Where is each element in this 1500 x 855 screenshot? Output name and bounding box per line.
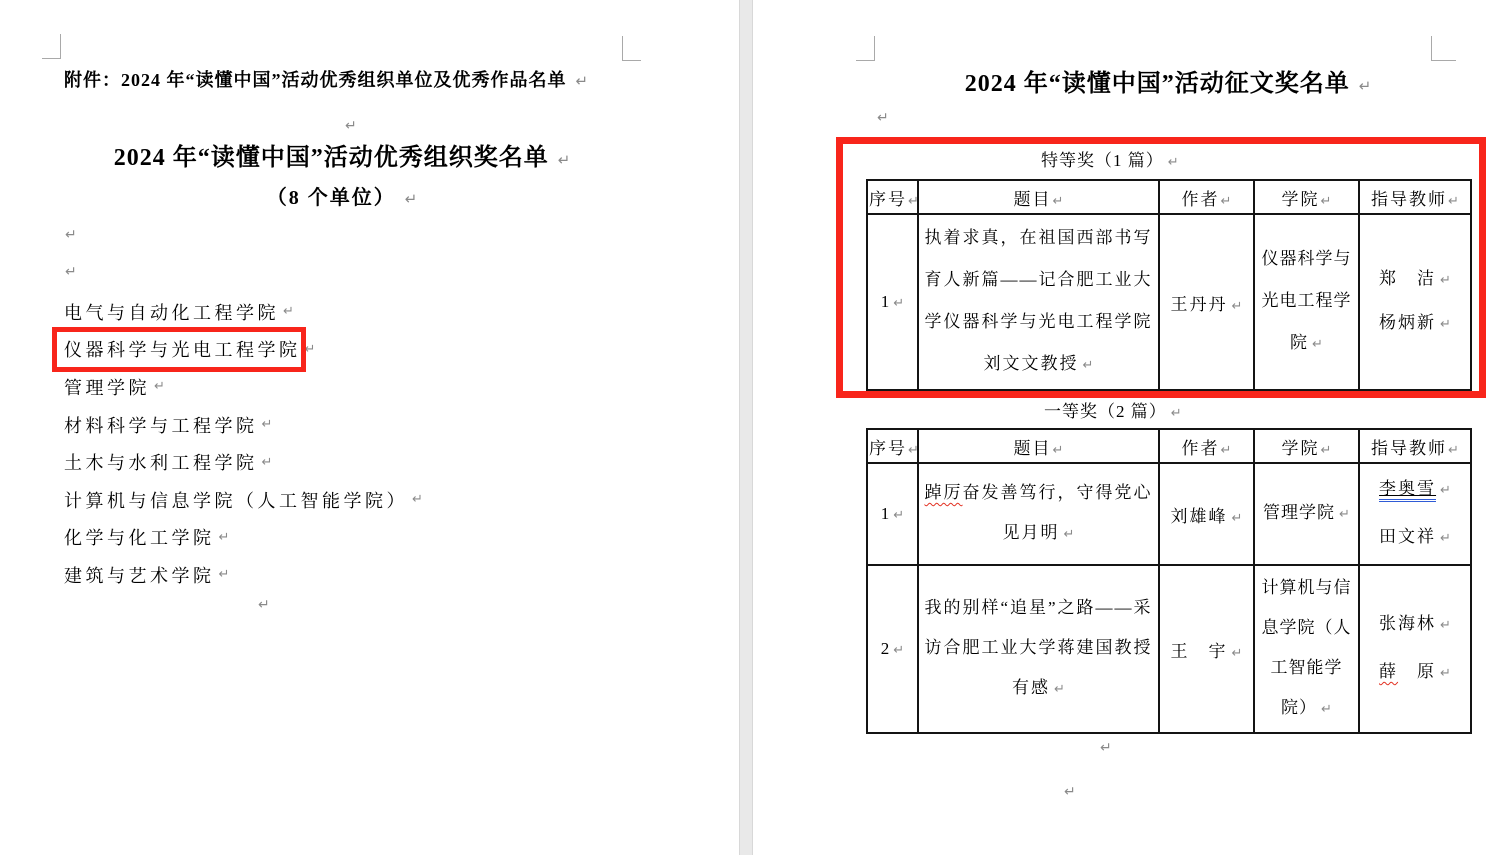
unit-item: 材料科学与工程学院↵ [64,406,704,444]
cell-serial: 1↵ [867,214,918,390]
text-run: 学院 [1282,190,1320,209]
cell-serial: 1↵ [867,463,918,565]
paragraph-mark: ↵ [1171,406,1182,421]
cell-advisors: 郑 洁↵杨炳新↵ [1359,214,1471,390]
advisor-name: 田文祥↵ [1364,514,1466,562]
paragraph-mark: ↵ [258,597,270,613]
paragraph-mark: ↵ [1321,443,1332,458]
paragraph-mark: ↵ [1339,507,1350,522]
unit-item: 计算机与信息学院（人工智能学院）↵ [64,481,704,519]
paragraph-mark: ↵ [1448,194,1459,209]
text-run: 王丹丹 [1171,295,1228,314]
unit-item: 电气与自动化工程学院↵ [64,293,704,331]
paragraph-mark: ↵ [1053,194,1064,209]
column-header: 序号↵ [867,429,918,463]
paragraph-mark: ↵ [1221,443,1232,458]
paragraph-mark: ↵ [262,455,273,470]
paragraph-mark: ↵ [1359,77,1372,95]
paragraph-mark: ↵ [1168,155,1179,170]
cell-author: 王丹丹↵ [1159,214,1254,390]
text-run: 1 [881,504,890,523]
left-page-subtitle: （8 个单位）↵ [59,181,625,210]
cell-essay-title: 执着求真，在祖国西部书写育人新篇——记合肥工业大学仪器科学与光电工程学院刘文文教… [918,214,1159,390]
text-run: 序号 [869,190,907,209]
paragraph-mark: ↵ [65,227,77,243]
unit-item: 管理学院↵ [64,368,704,406]
text-run: 计算机与信息学院（人工智能学院） [1262,578,1352,717]
text-run: 题目 [1014,439,1052,458]
paragraph-mark: ↵ [1083,358,1094,373]
paragraph-mark: ↵ [1232,299,1243,314]
paragraph-mark: ↵ [908,194,919,209]
paragraph-mark: ↵ [283,304,294,319]
paragraph-mark: ↵ [1053,443,1064,458]
unit-item: 建筑与艺术学院↵ [64,556,704,594]
text-run: 郑 洁 [1379,269,1436,288]
text-run: 作者 [1182,190,1220,209]
text-run: 刘雄峰 [1171,507,1228,526]
organization-unit-list: 电气与自动化工程学院↵仪器科学与光电工程学院↵管理学院↵材料科学与工程学院↵土木… [64,293,704,594]
left-page-title: 2024 年“读懂中国”活动优秀组织奖名单↵ [59,137,625,172]
advisor-name: 郑 洁↵ [1364,258,1466,302]
column-header: 题目↵ [918,429,1159,463]
column-header: 作者↵ [1159,180,1254,214]
paragraph-mark: ↵ [1440,618,1451,633]
paragraph-mark: ↵ [219,567,230,582]
unit-item: 土木与水利工程学院↵ [64,443,704,481]
paragraph-mark: ↵ [1440,317,1451,332]
column-header: 指导教师↵ [1359,429,1471,463]
cell-advisors: 张海林↵薛 原↵ [1359,565,1471,733]
paragraph-mark: ↵ [877,110,889,126]
paragraph-mark: ↵ [1232,511,1243,526]
paragraph-mark: ↵ [262,417,273,432]
attachment-heading: 附件：2024 年“读懂中国”活动优秀组织单位及优秀作品名单↵ [64,66,588,92]
advisor-name: 李奥雪↵ [1364,466,1466,514]
text-run: 建筑与艺术学院 [64,562,215,588]
text-run: 田文祥 [1379,527,1436,546]
text-run: 1 [881,292,890,311]
word-processor-document-view: { "marks": { "pilcrow": "↵" }, "annotati… [0,0,1500,855]
paragraph-mark: ↵ [1064,527,1075,542]
attachment-heading-text: 附件：2024 年“读懂中国”活动优秀组织单位及优秀作品名单 [64,70,567,90]
paragraph-mark: ↵ [576,72,589,90]
paragraph-mark: ↵ [305,342,316,357]
left-page-subtitle-text: （8 个单位） [267,187,396,209]
text-run: 李奥雪 [1379,479,1436,502]
right-page-title-text: 2024 年“读懂中国”活动征文奖名单 [965,71,1350,97]
cell-essay-title: 踔厉奋发善笃行，守得党心见月明↵ [918,463,1159,565]
unit-item-highlighted: 仪器科学与光电工程学院↵ [64,331,704,369]
paragraph-mark: ↵ [893,296,904,311]
text-run: 题目 [1014,190,1052,209]
table-row: 2↵我的别样“追星”之路——采访合肥工业大学蒋建国教授有感↵王 宇↵计算机与信息… [867,565,1471,733]
cell-author: 刘雄峰↵ [1159,463,1254,565]
column-header: 序号↵ [867,180,918,214]
text-run: 作者 [1182,439,1220,458]
text-run: 王 宇 [1171,642,1228,661]
text-run: 薛 [1379,662,1398,681]
advisor-name: 张海林↵ [1364,601,1466,649]
paragraph-mark: ↵ [893,643,904,658]
text-run: 电气与自动化工程学院 [64,299,279,325]
table-row: 1↵执着求真，在祖国西部书写育人新篇——记合肥工业大学仪器科学与光电工程学院刘文… [867,214,1471,390]
award-table-special-prize: 序号↵题目↵作者↵学院↵指导教师↵1↵执着求真，在祖国西部书写育人新篇——记合肥… [866,179,1472,391]
table-header-row: 序号↵题目↵作者↵学院↵指导教师↵ [867,180,1471,214]
text-run: 张海林 [1379,614,1436,633]
section-heading-text: 特等奖（1 篇） [1041,151,1164,170]
column-header: 作者↵ [1159,429,1254,463]
column-header: 指导教师↵ [1359,180,1471,214]
text-run: 指导教师 [1371,190,1447,209]
paragraph-mark: ↵ [893,508,904,523]
text-run: 土木与水利工程学院 [64,449,258,475]
column-header: 题目↵ [918,180,1159,214]
paragraph-mark: ↵ [412,492,423,507]
text-run: 李奥雪 [1379,479,1436,498]
margin-corner-mark [856,36,875,61]
margin-corner-mark [622,36,641,61]
page-separator [739,0,753,855]
text-run: 计算机与信息学院（人工智能学院） [64,487,408,513]
section-heading-first-prize: 一等奖（2 篇）↵ [1044,397,1182,422]
margin-corner-mark [1431,36,1456,61]
paragraph-mark: ↵ [405,190,418,208]
paragraph-mark: ↵ [219,530,230,545]
column-header: 学院↵ [1254,180,1359,214]
text-run: 指导教师 [1371,439,1447,458]
text-run: 仪器科学与光电工程学院 [64,336,301,362]
paragraph-mark: ↵ [558,151,571,169]
cell-college: 计算机与信息学院（人工智能学院）↵ [1254,565,1359,733]
paragraph-mark: ↵ [1064,784,1076,800]
text-run: 2 [881,639,890,658]
right-page-title: 2024 年“读懂中国”活动征文奖名单↵ [866,63,1470,98]
award-table-first-prize: 序号↵题目↵作者↵学院↵指导教师↵1↵踔厉奋发善笃行，守得党心见月明↵刘雄峰↵管… [866,428,1472,734]
margin-corner-mark [42,34,61,59]
left-page-title-text: 2024 年“读懂中国”活动优秀组织奖名单 [114,145,549,171]
text-run: 踔厉 [925,483,963,502]
cell-advisors: 李奥雪↵田文祥↵ [1359,463,1471,565]
paragraph-mark: ↵ [1321,702,1332,717]
unit-item: 化学与化工学院↵ [64,519,704,557]
text-run: 奋发善笃行，守得党心见月明 [963,483,1153,542]
cell-author: 王 宇↵ [1159,565,1254,733]
column-header: 学院↵ [1254,429,1359,463]
paragraph-mark: ↵ [1321,194,1332,209]
paragraph-mark: ↵ [1440,666,1451,681]
cell-college: 仪器科学与光电工程学院↵ [1254,214,1359,390]
text-run: 管理学院 [1263,503,1335,522]
text-run: 化学与化工学院 [64,524,215,550]
paragraph-mark: ↵ [1448,443,1459,458]
text-run: 序号 [869,439,907,458]
advisor-name: 薛 原↵ [1364,649,1466,697]
advisor-name: 杨炳新↵ [1364,302,1466,346]
paragraph-mark: ↵ [1100,740,1112,756]
text-run: 杨炳新 [1379,313,1436,332]
text-run: 仪器科学与光电工程学院 [1262,249,1352,352]
text-run: 原 [1398,662,1436,681]
text-run: 我的别样“追星”之路——采访合肥工业大学蒋建国教授有感 [924,598,1152,697]
paragraph-mark: ↵ [1440,483,1451,498]
paragraph-mark: ↵ [1054,682,1065,697]
paragraph-mark: ↵ [1312,337,1323,352]
paragraph-mark: ↵ [1232,646,1243,661]
paragraph-mark: ↵ [1440,531,1451,546]
text-run: 材料科学与工程学院 [64,412,258,438]
text-run: 管理学院 [64,374,150,400]
table-row: 1↵踔厉奋发善笃行，守得党心见月明↵刘雄峰↵管理学院↵李奥雪↵田文祥↵ [867,463,1471,565]
paragraph-mark: ↵ [345,118,357,134]
cell-serial: 2↵ [867,565,918,733]
section-heading-text: 一等奖（2 篇） [1044,402,1167,421]
paragraph-mark: ↵ [1440,273,1451,288]
cell-college: 管理学院↵ [1254,463,1359,565]
section-heading-special-prize: 特等奖（1 篇）↵ [1041,146,1179,171]
text-run: 执着求真，在祖国西部书写育人新篇——记合肥工业大学仪器科学与光电工程学院刘文文教… [925,228,1153,373]
table-header-row: 序号↵题目↵作者↵学院↵指导教师↵ [867,429,1471,463]
paragraph-mark: ↵ [65,264,77,280]
paragraph-mark: ↵ [908,443,919,458]
cell-essay-title: 我的别样“追星”之路——采访合肥工业大学蒋建国教授有感↵ [918,565,1159,733]
paragraph-mark: ↵ [154,379,165,394]
paragraph-mark: ↵ [1221,194,1232,209]
text-run: 学院 [1282,439,1320,458]
